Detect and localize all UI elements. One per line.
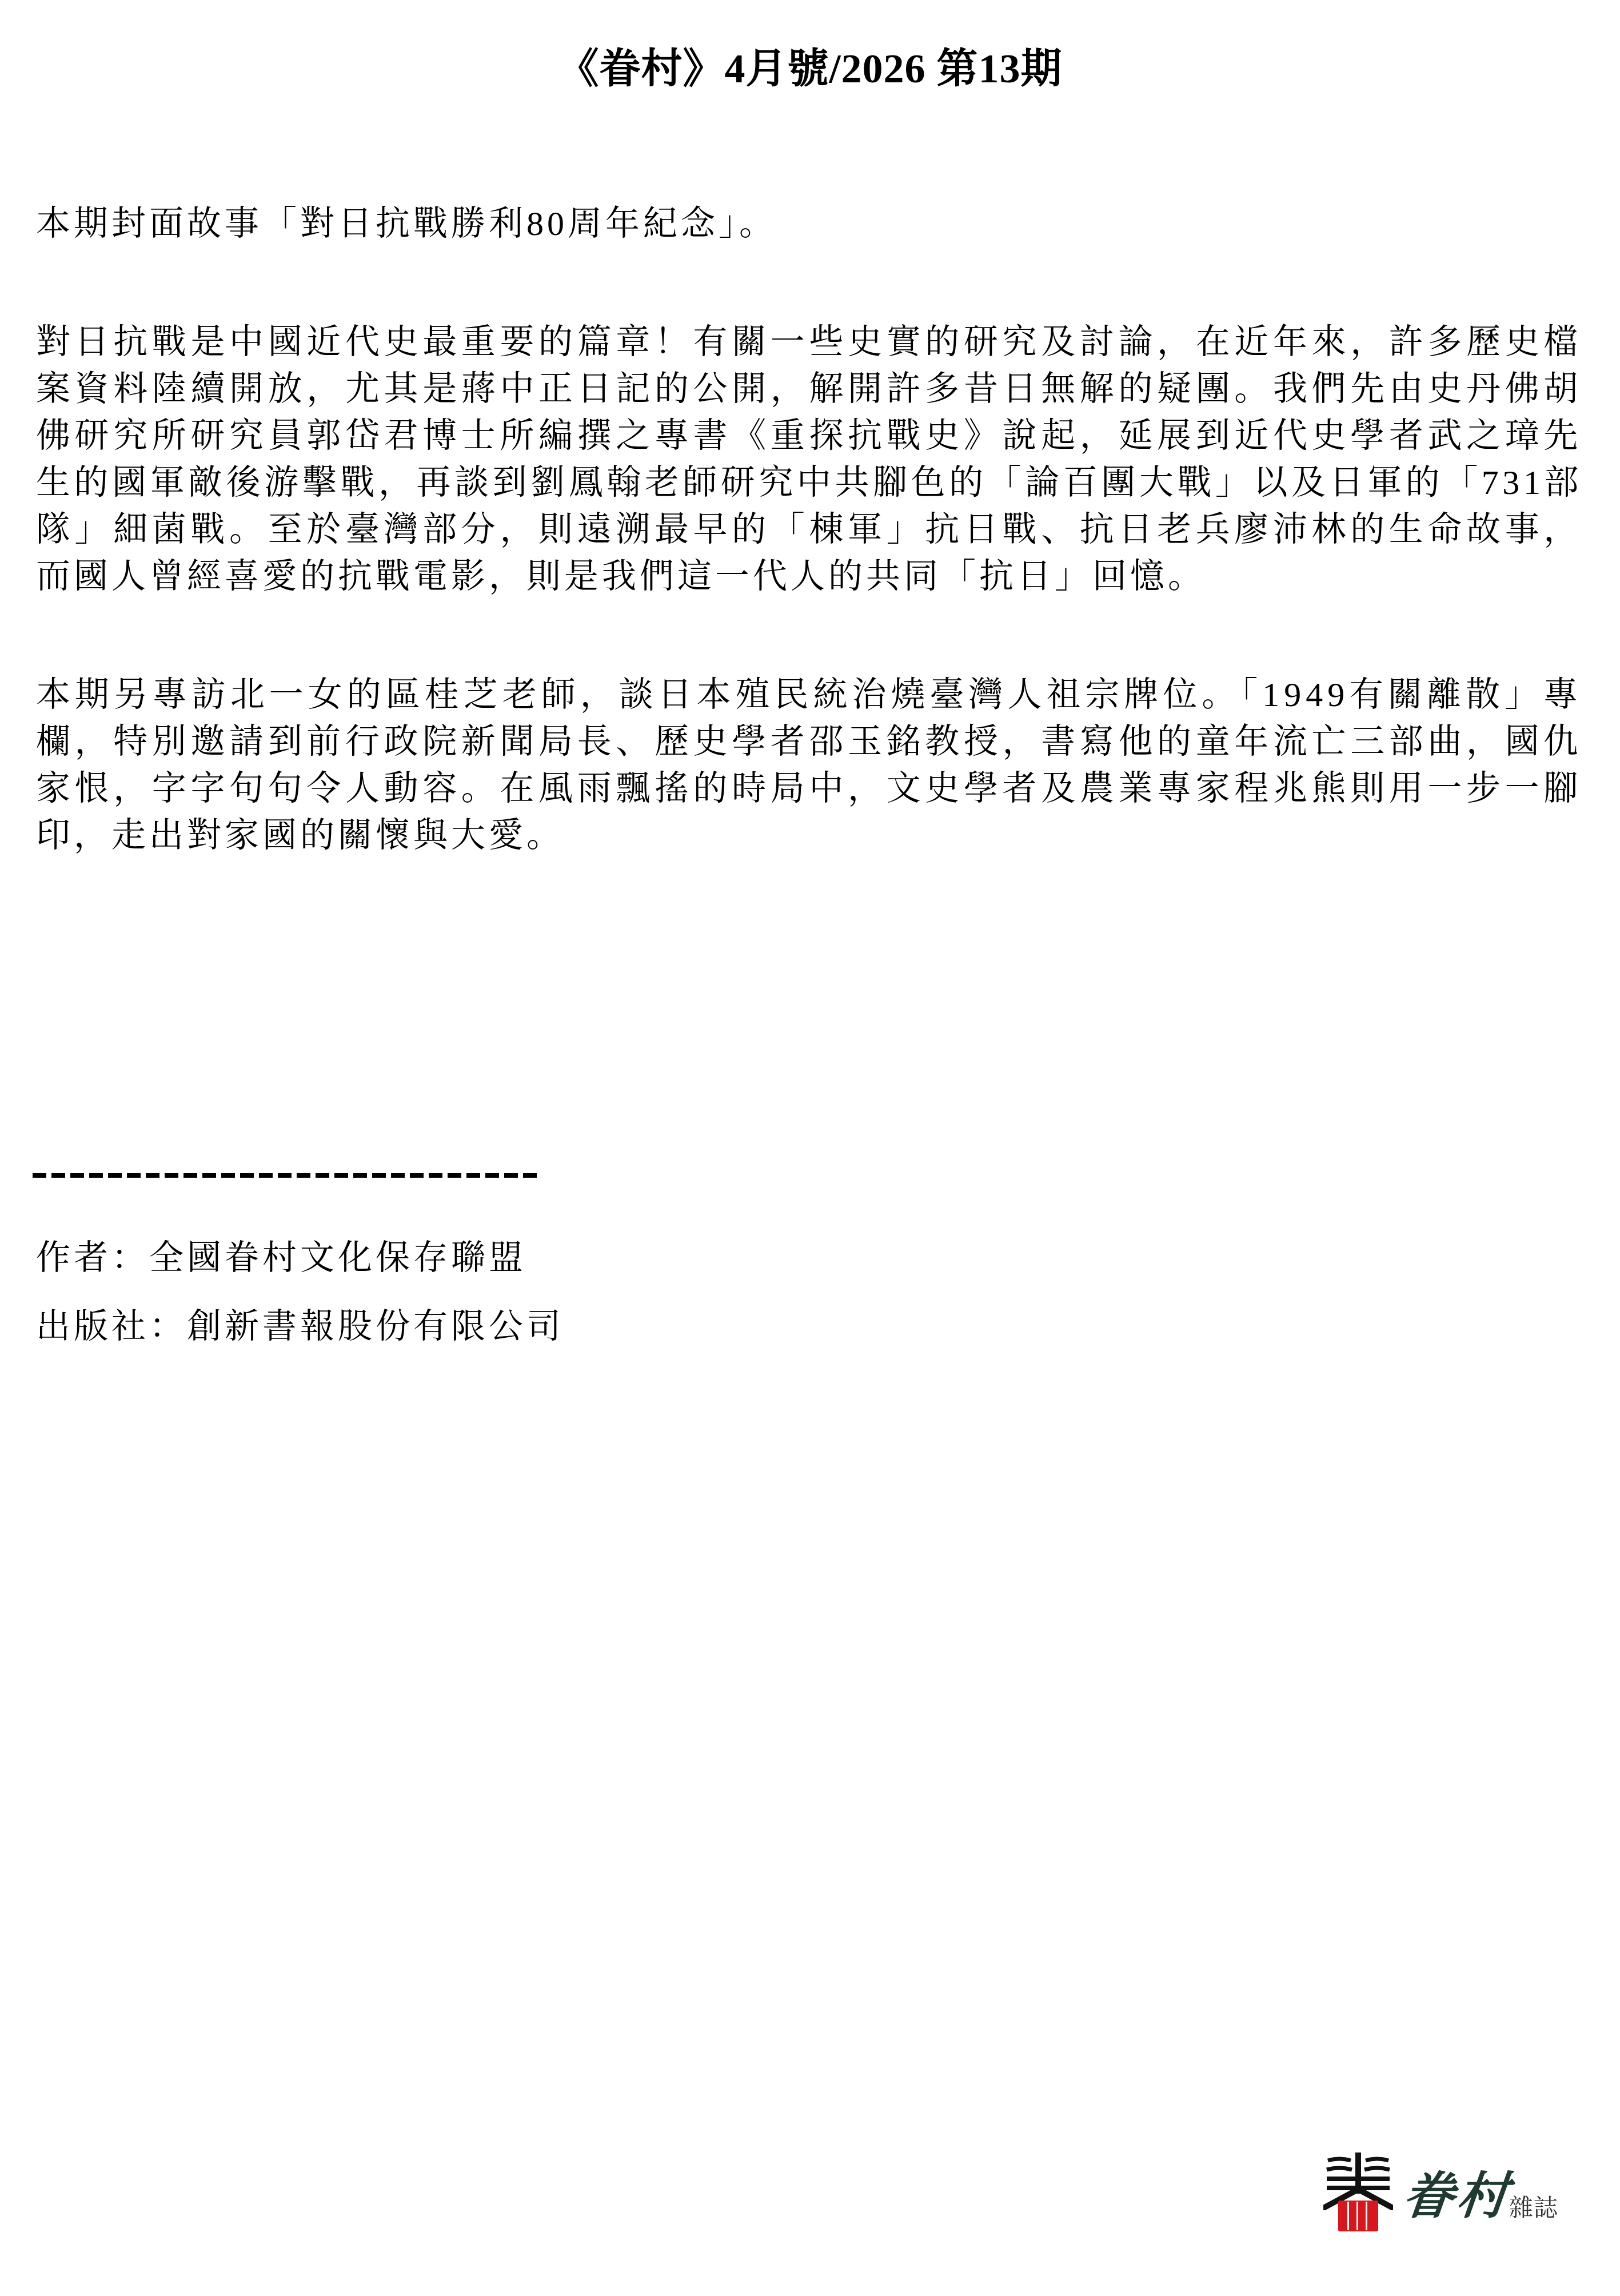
paragraph-line: 案資料陸續開放，尤其是蔣中正日記的公開，解開許多昔日無解的疑團。我們先由史丹佛胡 <box>36 365 1582 412</box>
paragraph-line: 本期另專訪北一女的區桂芝老師，談日本殖民統治燒臺灣人祖宗牌位。「1949有關離散… <box>36 671 1582 718</box>
publisher-credit: 出版社：創新書報股份有限公司 <box>36 1292 564 1361</box>
paragraph-line: 隊」細菌戰。至於臺灣部分，則遠溯最早的「棟軍」抗日戰、抗日老兵廖沛林的生命故事， <box>36 506 1582 553</box>
credits: 作者：全國眷村文化保存聯盟 出版社：創新書報股份有限公司 <box>36 1223 564 1361</box>
dash <box>259 1173 273 1178</box>
lead-paragraph: 本期封面故事「對日抗戰勝利80周年紀念」。 <box>36 200 1582 247</box>
article-body: 本期封面故事「對日抗戰勝利80周年紀念」。 對日抗戰是中國近代史最重要的篇章！有… <box>36 200 1582 859</box>
dash <box>51 1173 65 1178</box>
paragraph-line: 生的國軍敵後游擊戰，再談到劉鳳翰老師研究中共腳色的「論百團大戰」以及日軍的「73… <box>36 459 1582 506</box>
logo-name: 眷村 <box>1400 2164 1514 2227</box>
logo-mark-icon <box>1323 2152 1393 2233</box>
dash <box>146 1173 159 1178</box>
dash <box>240 1173 254 1178</box>
paragraph-line: 欄，特別邀請到前行政院新聞局長、歷史學者邵玉銘教授，書寫他的童年流亡三部曲，國仇 <box>36 718 1582 765</box>
dash <box>127 1173 141 1178</box>
lead-line: 本期封面故事「對日抗戰勝利80周年紀念」。 <box>36 200 1582 247</box>
dash <box>33 1173 46 1178</box>
page-title: 《眷村》4月號/2026 第13期 <box>0 40 1620 97</box>
paragraph-interviews: 本期另專訪北一女的區桂芝老師，談日本殖民統治燒臺灣人祖宗牌位。「1949有關離散… <box>36 671 1582 859</box>
dash <box>183 1173 197 1178</box>
dash <box>391 1173 405 1178</box>
dash <box>466 1173 480 1178</box>
dash <box>410 1173 424 1178</box>
dash <box>448 1173 461 1178</box>
dash <box>504 1173 518 1178</box>
dashed-divider <box>33 1173 537 1178</box>
logo-subtitle: 雜誌 <box>1509 2191 1558 2225</box>
dash <box>278 1173 292 1178</box>
magazine-logo: 眷村 雜誌 <box>1318 2138 1569 2241</box>
dash <box>89 1173 103 1178</box>
dash <box>316 1173 329 1178</box>
paragraph-cover-story: 對日抗戰是中國近代史最重要的篇章！有關一些史實的研究及討論，在近年來，許多歷史檔… <box>36 318 1582 600</box>
dash <box>70 1173 84 1178</box>
paragraph-line: 對日抗戰是中國近代史最重要的篇章！有關一些史實的研究及討論，在近年來，許多歷史檔 <box>36 318 1582 365</box>
dash <box>372 1173 386 1178</box>
dash <box>429 1173 442 1178</box>
paragraph-line: 而國人曾經喜愛的抗戰電影，則是我們這一代人的共同「抗日」回憶。 <box>36 553 1582 600</box>
paragraph-line: 家恨，字字句句令人動容。在風雨飄搖的時局中，文史學者及農業專家程兆熊則用一步一腳 <box>36 765 1582 812</box>
dash <box>165 1173 178 1178</box>
author-credit: 作者：全國眷村文化保存聯盟 <box>36 1223 564 1292</box>
dash <box>202 1173 216 1178</box>
dash <box>523 1173 537 1178</box>
dash <box>485 1173 499 1178</box>
paragraph-line: 印，走出對家國的關懷與大愛。 <box>36 812 1582 859</box>
dash <box>297 1173 310 1178</box>
paragraph-line: 佛研究所研究員郭岱君博士所編撰之專書《重探抗戰史》說起，延展到近代史學者武之璋先 <box>36 412 1582 459</box>
dash <box>334 1173 348 1178</box>
dash <box>221 1173 235 1178</box>
dash <box>353 1173 367 1178</box>
dash <box>108 1173 122 1178</box>
